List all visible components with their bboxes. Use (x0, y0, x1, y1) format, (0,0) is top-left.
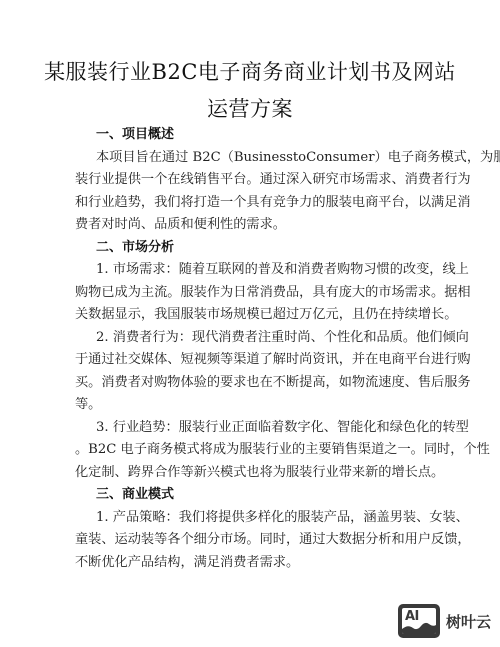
text-line: 于通过社交媒体、短视频等渠道了解时尚资讯，并在电商平台进行购 (75, 349, 429, 372)
text-line: 3. 行业趋势：服装行业正面临着数字化、智能化和绿色化的转型 (75, 417, 429, 440)
mountain-wave-icon (402, 620, 436, 634)
ai-logo-icon: AI (398, 604, 440, 638)
text-line: 1. 产品策略：我们将提供多样化的服装产品，涵盖男装、女装、 (75, 507, 429, 530)
text-line: 1. 市场需求：随着互联网的普及和消费者购物习惯的改变，线上 (75, 259, 429, 282)
document-body: 一、项目概述 本项目旨在通过 B2C（BusinesstoConsumer）电子… (75, 124, 429, 574)
text-line: 关数据显示，我国服装市场规模已超过万亿元，且仍在持续增长。 (75, 304, 429, 327)
text-line: 费者对时尚、品质和便利性的需求。 (75, 214, 429, 237)
text-line: 不断优化产品结构，满足消费者需求。 (75, 552, 429, 575)
text-line: 买。消费者对购物体验的要求也在不断提高，如物流速度、售后服务 (75, 372, 429, 395)
text-line: 装行业提供一个在线销售平台。通过深入研究市场需求、消费者行为 (75, 169, 429, 192)
text-line: 2. 消费者行为：现代消费者注重时尚、个性化和品质。他们倾向 (75, 327, 429, 350)
watermark-brand-text: 树叶云 (446, 611, 491, 632)
text-line: 。B2C 电子商务模式将成为服装行业的主要销售渠道之一。同时，个性 (75, 439, 429, 462)
text-line: 本项目旨在通过 B2C（BusinesstoConsumer）电子商务模式，为服 (75, 147, 429, 170)
section-heading-business-model: 三、商业模式 (96, 484, 429, 507)
watermark-logo: AI 树叶云 (398, 603, 498, 639)
paragraph-consumer-behavior: 2. 消费者行为：现代消费者注重时尚、个性化和品质。他们倾向 于通过社交媒体、短… (75, 327, 429, 417)
text-line: 童装、运动装等各个细分市场。同时，通过大数据分析和用户反馈， (75, 529, 429, 552)
document-title-line-1: 某服装行业B2C电子商务商业计划书及网站 (0, 57, 500, 87)
paragraph-industry-trends: 3. 行业趋势：服装行业正面临着数字化、智能化和绿色化的转型 。B2C 电子商务… (75, 417, 429, 485)
document-title-line-2: 运营方案 (0, 94, 500, 124)
paragraph-overview: 本项目旨在通过 B2C（BusinesstoConsumer）电子商务模式，为服… (75, 147, 429, 237)
paragraph-product-strategy: 1. 产品策略：我们将提供多样化的服装产品，涵盖男装、女装、 童装、运动装等各个… (75, 507, 429, 575)
section-heading-market-analysis: 二、市场分析 (96, 237, 429, 260)
paragraph-market-demand: 1. 市场需求：随着互联网的普及和消费者购物习惯的改变，线上 购物已成为主流。服… (75, 259, 429, 327)
section-heading-overview: 一、项目概述 (96, 124, 429, 147)
document-page: 某服装行业B2C电子商务商业计划书及网站 运营方案 一、项目概述 本项目旨在通过… (0, 0, 500, 647)
text-line: 购物已成为主流。服装作为日常消费品，具有庞大的市场需求。据相 (75, 282, 429, 305)
text-line: 和行业趋势，我们将打造一个具有竞争力的服装电商平台，以满足消 (75, 192, 429, 215)
text-line: 化定制、跨界合作等新兴模式也将为服装行业带来新的增长点。 (75, 462, 429, 485)
text-line: 等。 (75, 394, 429, 417)
